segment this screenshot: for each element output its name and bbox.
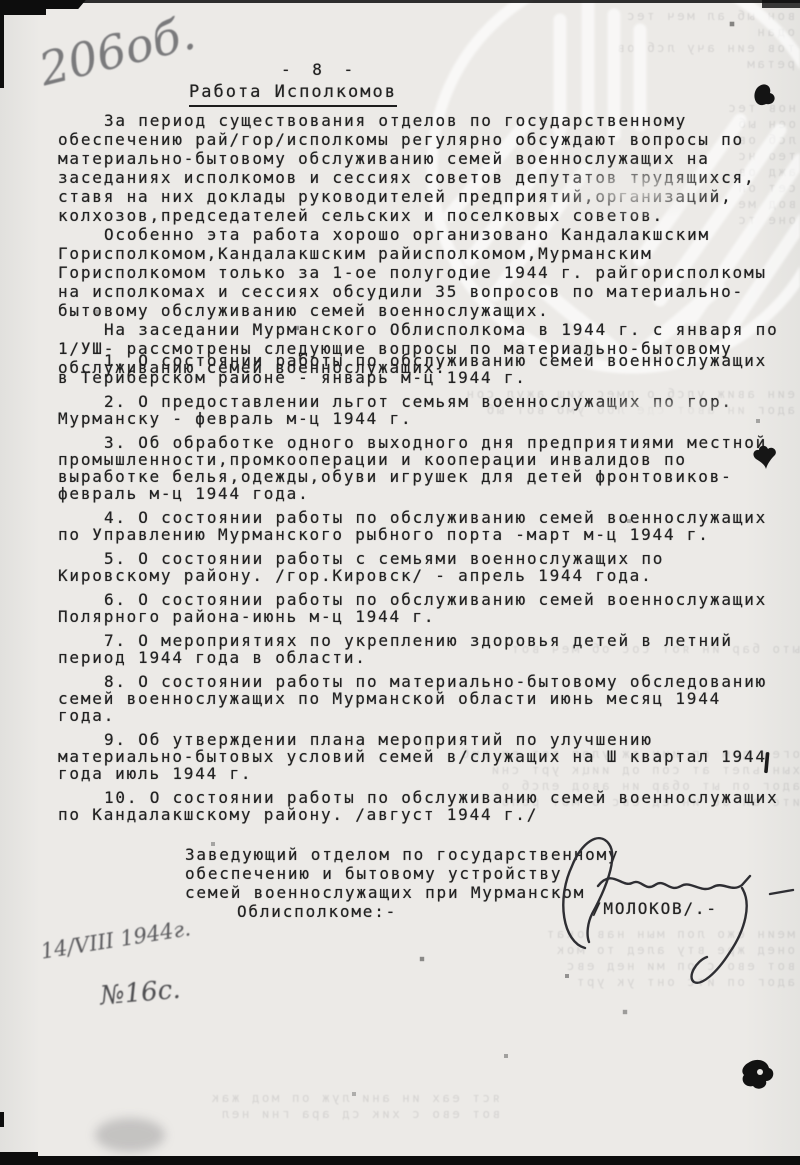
scan-edge-bottom bbox=[0, 1156, 800, 1165]
scan-edge-left bbox=[0, 1112, 4, 1127]
pencil-smudge bbox=[95, 1118, 165, 1152]
dust-specks bbox=[0, 0, 2, 2]
scanned-document-page: вон ыб ал меч тес одан тов еин ачу лсб о… bbox=[0, 0, 800, 1165]
scan-corner-bottomleft bbox=[0, 1152, 38, 1165]
ink-blot bbox=[742, 1060, 773, 1089]
scan-corner-topright bbox=[762, 0, 800, 8]
faded-ink-patch bbox=[560, 395, 760, 435]
faded-ink-patch bbox=[540, 160, 730, 220]
scan-corner-topleft bbox=[36, 0, 86, 9]
ink-mark bbox=[764, 752, 769, 773]
scan-edge-left bbox=[0, 0, 4, 88]
ink-blot bbox=[754, 84, 774, 105]
ink-blot bbox=[753, 446, 775, 469]
scan-edge-top bbox=[0, 0, 800, 3]
